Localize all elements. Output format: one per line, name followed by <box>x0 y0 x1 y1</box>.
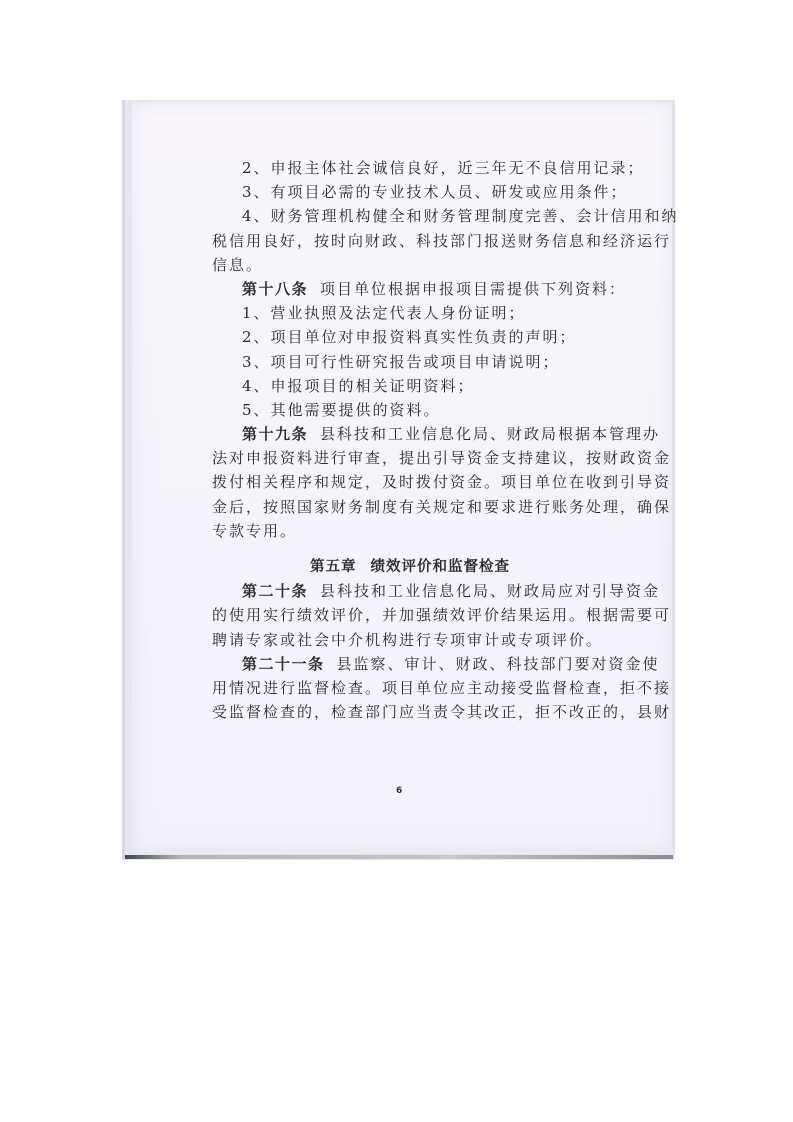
article-label: 第十八条 <box>242 280 308 298</box>
text-line: 税信用良好，按时向财政、科技部门报送财务信息和经济运行 <box>212 229 608 253</box>
section-spacer <box>212 543 608 555</box>
article-label: 第二十条 <box>242 582 308 600</box>
text-line: 4、财务管理机构健全和财务管理制度完善、会计信用和纳 <box>212 204 608 228</box>
page-number: 6 <box>396 786 402 796</box>
list-item: 1、营业执照及法定代表人身份证明； <box>212 301 608 325</box>
article-text: 项目单位根据申报项目需提供下列资料： <box>320 280 626 298</box>
article-label: 第十九条 <box>242 425 308 443</box>
page-bottom-edge <box>125 855 673 859</box>
article-18-heading: 第十八条项目单位根据申报项目需提供下列资料： <box>212 277 608 301</box>
document-body: 2、申报主体社会诚信良好，近三年无不良信用记录； 3、有项目必需的专业技术人员、… <box>212 156 608 724</box>
list-item: 4、申报项目的相关证明资料； <box>212 374 608 398</box>
list-item: 5、其他需要提供的资料。 <box>212 398 608 422</box>
text-line: 的使用实行绩效评价，并加强绩效评价结果运用。根据需要可 <box>212 603 608 627</box>
text-line: 专款专用。 <box>212 519 608 543</box>
text-line: 用情况进行监督检查。项目单位应主动接受监督检查，拒不接 <box>212 676 608 700</box>
text-line: 3、有项目必需的专业技术人员、研发或应用条件； <box>212 180 608 204</box>
chapter-number: 第五章 <box>310 559 357 575</box>
article-text: 县科技和工业信息化局、财政局应对引导资金 <box>320 582 660 600</box>
text-line: 受监督检查的，检查部门应当责令其改正，拒不改正的，县财 <box>212 700 608 724</box>
article-text: 县科技和工业信息化局、财政局根据本管理办 <box>320 425 660 443</box>
text-line: 拨付相关程序和规定，及时拨付资金。项目单位在收到引导资 <box>212 470 608 494</box>
list-item: 3、项目可行性研究报告或项目申请说明； <box>212 350 608 374</box>
article-text: 县监察、审计、财政、科技部门要对资金使 <box>337 655 660 673</box>
chapter-heading: 第五章绩效评价和监督检查 <box>212 555 608 579</box>
chapter-title: 绩效评价和监督检查 <box>371 559 511 575</box>
list-item: 2、项目单位对申报资料真实性负责的声明； <box>212 325 608 349</box>
article-21-heading: 第二十一条县监察、审计、财政、科技部门要对资金使 <box>212 652 608 676</box>
text-line: 聘请专家或社会中介机构进行专项审计或专项评价。 <box>212 628 608 652</box>
article-19-heading: 第十九条县科技和工业信息化局、财政局根据本管理办 <box>212 422 608 446</box>
text-line: 金后，按照国家财务制度有关规定和要求进行账务处理，确保 <box>212 495 608 519</box>
article-label: 第二十一条 <box>242 655 325 673</box>
text-line: 信息。 <box>212 253 608 277</box>
text-line: 2、申报主体社会诚信良好，近三年无不良信用记录； <box>212 156 608 180</box>
article-20-heading: 第二十条县科技和工业信息化局、财政局应对引导资金 <box>212 579 608 603</box>
text-line: 法对申报资料进行审查，提出引导资金支持建议，按财政资金 <box>212 446 608 470</box>
